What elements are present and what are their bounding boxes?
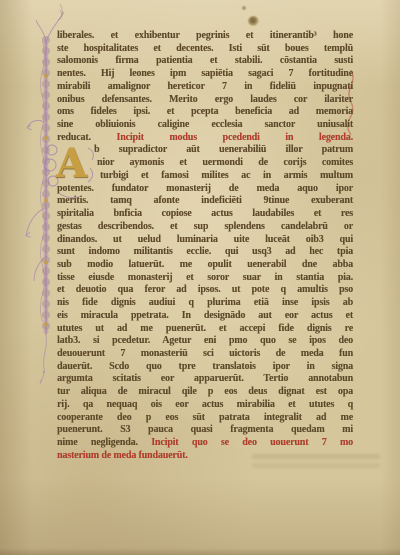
body-text: ste hospitalitates et decentes. Isti sūt… xyxy=(57,43,353,54)
page-edge-shadow xyxy=(0,548,400,555)
body-text: nis fide dignis audiui q plurima etiā in… xyxy=(57,297,353,308)
rubric-text: nasterium de meda fundauerūt. xyxy=(57,450,188,461)
text-line: meritis. tamq afonte indeficiēti 9tinue … xyxy=(57,195,353,208)
rubric-text: Incipit modus pcedendi in legenda. xyxy=(116,132,353,143)
body-text: cooperante deo p eos sūt patrata integra… xyxy=(57,412,353,423)
text-line: potentes. fundator monasterij de meda aq… xyxy=(57,183,353,196)
text-line: et deuotio qua feror ad ipsos. ut pote q… xyxy=(57,284,353,297)
text-line: reducat. Incipit modus pcedendi in legen… xyxy=(57,132,353,145)
body-text: salomonis firma patientia et stabili. cō… xyxy=(57,55,353,66)
body-text: liberales. et exhibentur pegrinis et iti… xyxy=(57,30,353,41)
body-text: dinandos. ut uelud luminaria uite luceāt… xyxy=(57,234,353,245)
text-line: ututes ut ad me puenerūt. et accepi fide… xyxy=(57,323,353,336)
body-text: turbigi et famosi milites ac in armis mu… xyxy=(100,170,353,181)
text-line: dinandos. ut uelud luminaria uite luceāt… xyxy=(57,234,353,247)
manuscript-page: A liberales. et exhibentur pegrinis et i… xyxy=(0,0,400,555)
body-text: nior aymonis et uermondi de corijs comit… xyxy=(97,157,353,168)
text-line: nentes. Hij leones ipm sapiētia sagaci 7… xyxy=(57,68,353,81)
body-text: rij. qa nequaq ois eor actus mirabilia e… xyxy=(57,399,353,410)
text-line: sunt indomo militantis ecclie. qui usq3 … xyxy=(57,246,353,259)
body-text: et deuotio qua feror ad ipsos. ut pote q… xyxy=(57,284,353,295)
text-line: tisse eiusde monasterij et soror suar in… xyxy=(57,272,353,285)
body-text: nime negligenda. xyxy=(57,437,151,448)
body-text: oms fideles ipsi. et pcepta beneficia ad… xyxy=(57,106,353,117)
text-line: b supradictor aūt uenerabiliū illor patr… xyxy=(57,144,353,157)
body-text: reducat. xyxy=(57,132,116,143)
body-text: latb3. si pcedetur. Agetur eni pmo quo s… xyxy=(57,335,353,346)
body-text: ututes ut ad me puenerūt. et accepi fide… xyxy=(57,323,353,334)
text-line: deuouerunt 7 monasteriū sci uictoris de … xyxy=(57,348,353,361)
body-text: tisse eiusde monasterij et soror suar in… xyxy=(57,272,353,283)
text-line: nis fide dignis audiui q plurima etiā in… xyxy=(57,297,353,310)
verso-showthrough xyxy=(252,451,380,471)
text-line: sine obliuionis caligine ecclesia sancto… xyxy=(57,119,353,132)
body-text: gestas describendos. et sup splendens ca… xyxy=(57,221,353,232)
body-text: puenerunt. S3 pauca quasi fragmenta qued… xyxy=(57,424,353,435)
body-text: argumta scitatis eor apparuerūt. Tertio … xyxy=(57,373,353,384)
text-line: rij. qa nequaq ois eor actus mirabilia e… xyxy=(57,399,353,412)
body-text: nentes. Hij leones ipm sapiētia sagaci 7… xyxy=(57,68,353,79)
text-line: salomonis firma patientia et stabili. cō… xyxy=(57,55,353,68)
ink-stain xyxy=(248,16,259,26)
text-line: argumta scitatis eor apparuerūt. Tertio … xyxy=(57,373,353,386)
body-text: sunt indomo militantis ecclie. qui usq3 … xyxy=(57,246,353,257)
body-text: potentes. fundator monasterij de meda aq… xyxy=(57,183,353,194)
text-line: puenerunt. S3 pauca quasi fragmenta qued… xyxy=(57,424,353,437)
body-text: mirabili amalignor hereticor 7 in fideli… xyxy=(57,81,353,92)
text-line: onibus defensantes. Merito ergo laudes c… xyxy=(57,94,353,107)
body-text: eis miracula ppetrata. In designādo aut … xyxy=(57,310,353,321)
text-block: liberales. et exhibentur pegrinis et iti… xyxy=(57,30,353,462)
text-line: ste hospitalitates et decentes. Isti sūt… xyxy=(57,43,353,56)
text-line: gestas describendos. et sup splendens ca… xyxy=(57,221,353,234)
text-line: cooperante deo p eos sūt patrata integra… xyxy=(57,412,353,425)
body-text: meritis. tamq afonte indeficiēti 9tinue … xyxy=(57,195,353,206)
body-text: b supradictor aūt uenerabiliū illor patr… xyxy=(94,144,353,155)
text-line: spiritalia bnficia copiose actus laudabi… xyxy=(57,208,353,221)
text-line: eis miracula ppetrata. In designādo aut … xyxy=(57,310,353,323)
text-line: turbigi et famosi milites ac in armis mu… xyxy=(57,170,353,183)
text-line: oms fideles ipsi. et pcepta beneficia ad… xyxy=(57,106,353,119)
text-line: liberales. et exhibentur pegrinis et iti… xyxy=(57,30,353,43)
rubric-text: Incipit quo se deo uouerunt 7 mo xyxy=(151,437,353,448)
text-line: mirabili amalignor hereticor 7 in fideli… xyxy=(57,81,353,94)
text-line: latb3. si pcedetur. Agetur eni pmo quo s… xyxy=(57,335,353,348)
body-text: tur aliqua de miracul qile p eos deus di… xyxy=(57,386,353,397)
body-text: onibus defensantes. Merito ergo laudes c… xyxy=(57,94,353,105)
body-text: dauerūt. Scdo quo tpre translatois ipor … xyxy=(57,361,353,372)
text-line: sub modio latuerūt. me opulit uenerabil … xyxy=(57,259,353,272)
body-text: spiritalia bnficia copiose actus laudabi… xyxy=(57,208,353,219)
text-line: dauerūt. Scdo quo tpre translatois ipor … xyxy=(57,361,353,374)
text-line: nior aymonis et uermondi de corijs comit… xyxy=(57,157,353,170)
text-line: tur aliqua de miracul qile p eos deus di… xyxy=(57,386,353,399)
body-text: deuouerunt 7 monasteriū sci uictoris de … xyxy=(57,348,353,359)
body-text: sub modio latuerūt. me opulit uenerabil … xyxy=(57,259,353,270)
text-line: nime negligenda. Incipit quo se deo uoue… xyxy=(57,437,353,450)
ink-stain-small xyxy=(242,6,246,10)
body-text: sine obliuionis caligine ecclesia sancto… xyxy=(57,119,353,130)
